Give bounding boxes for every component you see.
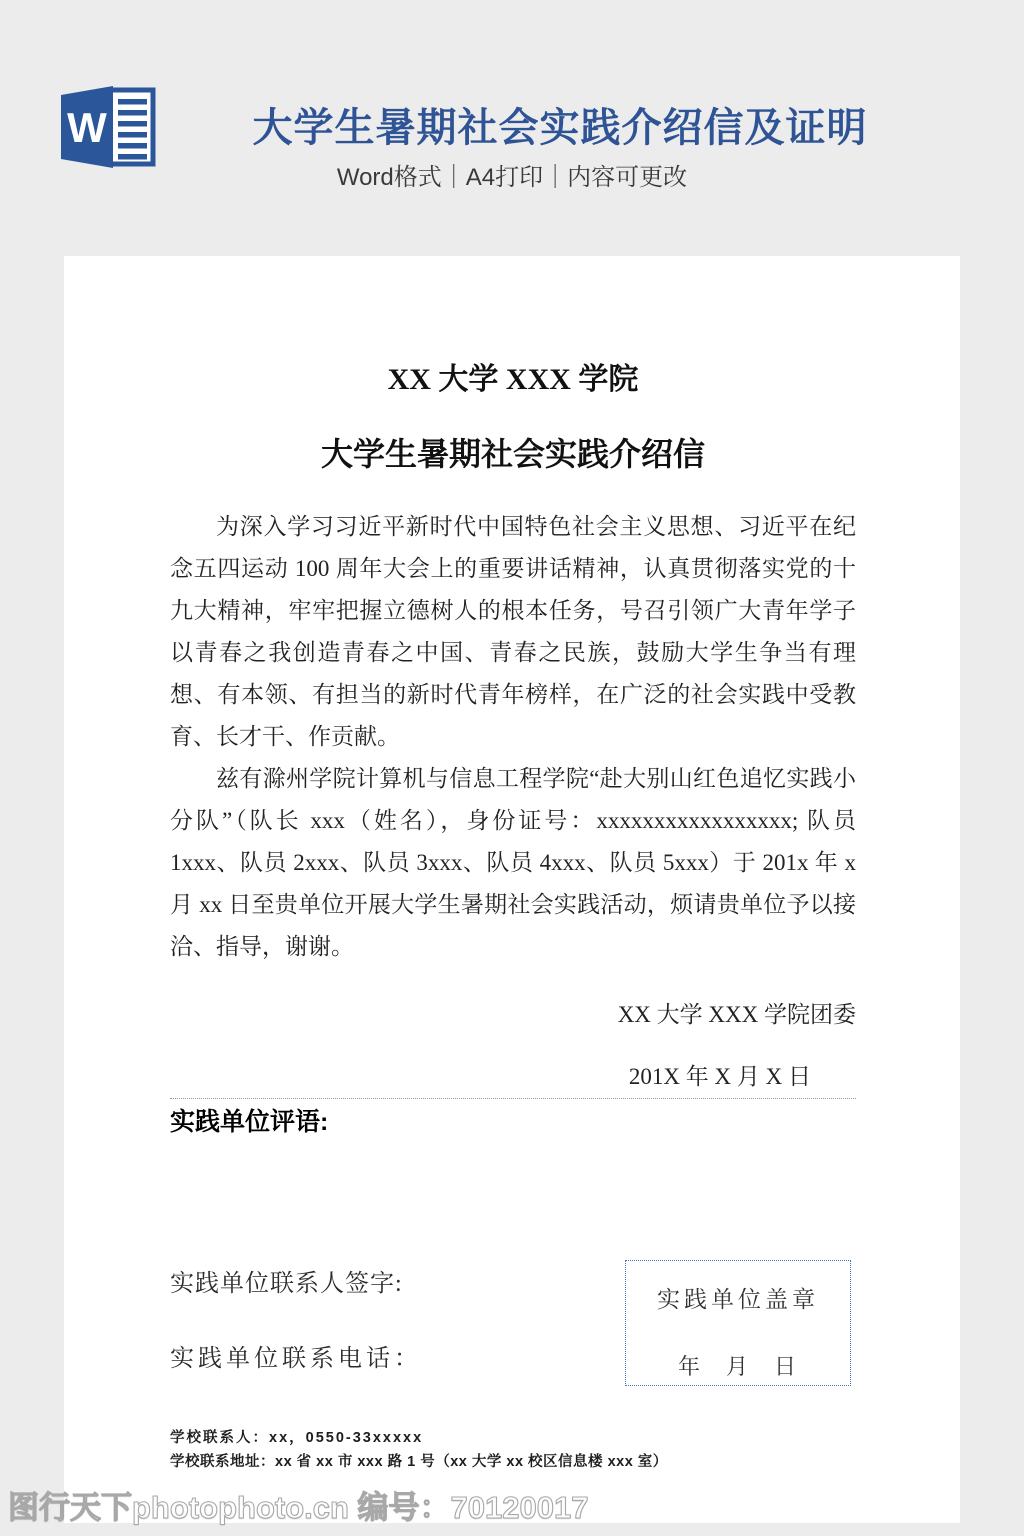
review-label: 实践单位评语: bbox=[170, 1105, 856, 1139]
school-address-line: 学校联系地址：xx 省 xx 市 xxx 路 1 号（xx 大学 xx 校区信息… bbox=[170, 1450, 860, 1474]
paragraph-2: 兹有滁州学院计算机与信息工程学院“赴大别山红色追忆实践小分队”（队长 xxx（姓… bbox=[170, 758, 856, 968]
site-watermark: 图行天下photophoto.cn 编号：70120017 bbox=[8, 1482, 588, 1527]
letter-title: 大学生暑期社会实践介绍信 bbox=[170, 432, 856, 476]
section-divider bbox=[170, 1098, 856, 1099]
signature-date: 201X 年 X 月 X 日 bbox=[170, 1062, 856, 1092]
template-preview: W 大学生暑期社会实践介绍信及证明 Word格式｜A4打印｜内容可更改 XX 大… bbox=[0, 0, 1024, 1536]
document-page: XX 大学 XXX 学院 大学生暑期社会实践介绍信 为深入学习习近平新时代中国特… bbox=[64, 256, 960, 1523]
letter-org-title: XX 大学 XXX 学院 bbox=[170, 360, 856, 400]
signature-org: XX 大学 XXX 学院团委 bbox=[170, 1000, 856, 1030]
paragraph-1: 为深入学习习近平新时代中国特色社会主义思想、习近平在纪念五四运动 100 周年大… bbox=[170, 506, 856, 758]
school-contact-line: 学校联系人：xx，0550-33xxxxx bbox=[170, 1426, 860, 1450]
stamp-date-line: 年 月 日 bbox=[626, 1350, 850, 1381]
school-contact-block: 学校联系人：xx，0550-33xxxxx 学校联系地址：xx 省 xx 市 x… bbox=[170, 1426, 860, 1474]
stamp-label: 实践单位盖章 bbox=[626, 1281, 850, 1314]
svg-text:W: W bbox=[67, 104, 107, 151]
stamp-box: 实践单位盖章 年 月 日 bbox=[625, 1260, 851, 1386]
header-title: 大学生暑期社会实践介绍信及证明 bbox=[130, 96, 990, 153]
header-subtitle: Word格式｜A4打印｜内容可更改 bbox=[0, 157, 1024, 192]
